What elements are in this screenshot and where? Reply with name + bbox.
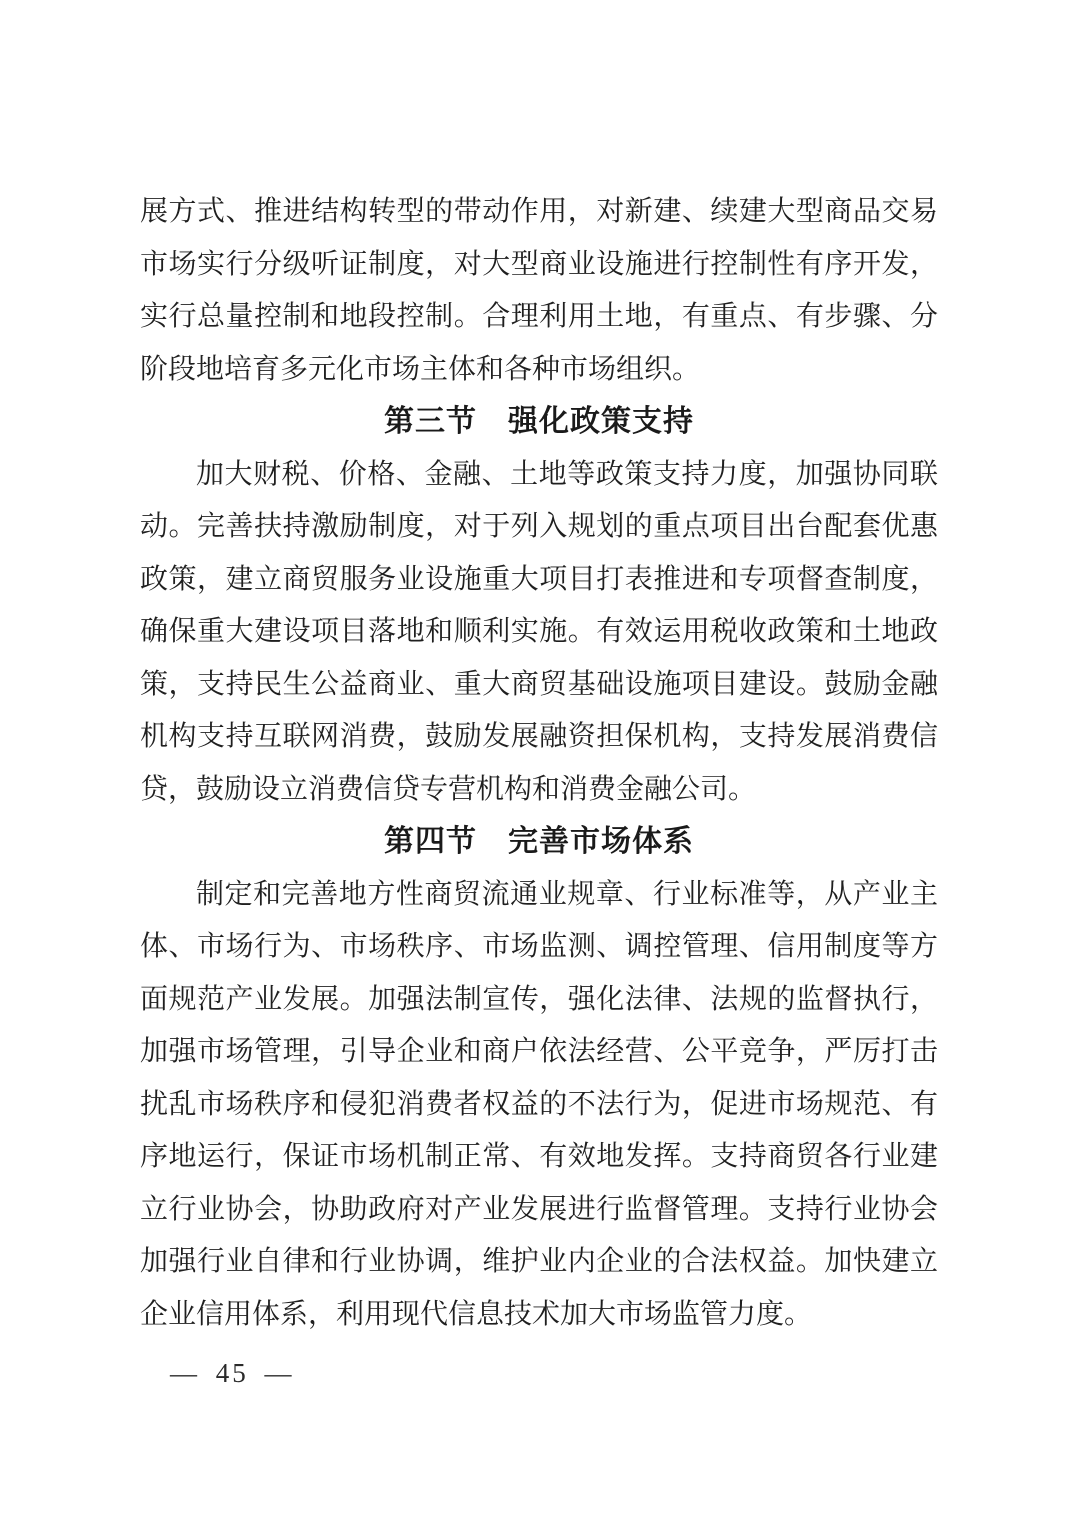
section-heading-3: 第三节 强化政策支持 xyxy=(140,396,938,449)
section-heading-4: 第四节 完善市场体系 xyxy=(140,816,938,869)
body-paragraph-market-system: 制定和完善地方性商贸流通业规章、行业标准等，从产业主体、市场行为、市场秩序、市场… xyxy=(140,869,938,1342)
document-page: 展方式、推进结构转型的带动作用，对新建、续建大型商品交易市场实行分级听证制度，对… xyxy=(140,186,938,1341)
body-paragraph-policy-support: 加大财税、价格、金融、土地等政策支持力度，加强协同联动。完善扶持激励制度，对于列… xyxy=(140,449,938,817)
page-number: — 45 — xyxy=(170,1356,295,1390)
body-paragraph-continuation: 展方式、推进结构转型的带动作用，对新建、续建大型商品交易市场实行分级听证制度，对… xyxy=(140,186,938,396)
